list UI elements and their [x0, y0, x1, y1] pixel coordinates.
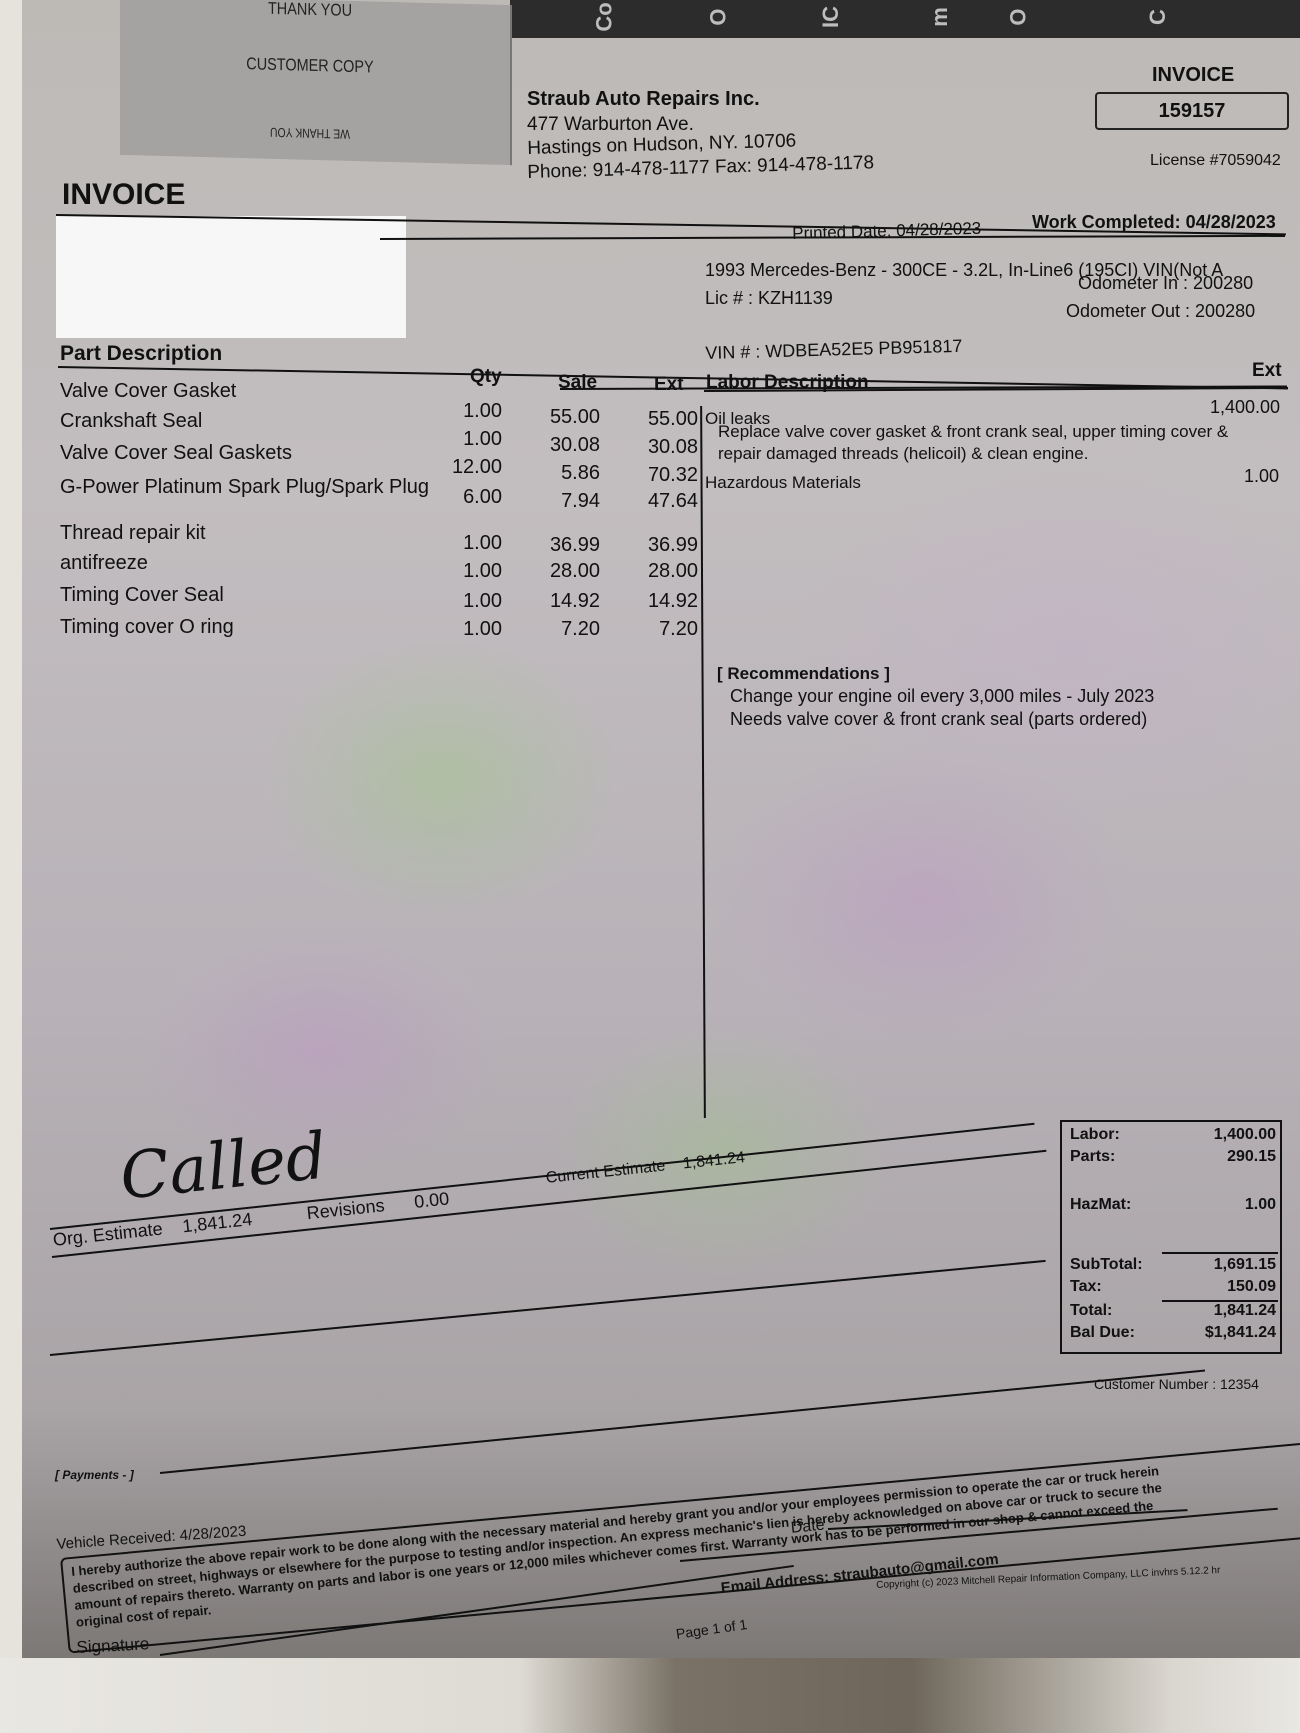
part-ext: 28.00: [648, 560, 698, 583]
parts-value: 290.15: [1227, 1148, 1276, 1166]
bal-due-label: Bal Due:: [1070, 1324, 1135, 1342]
part-sale: 14.92: [550, 590, 600, 613]
strip-text: C: [1145, 9, 1171, 25]
part-qty: 1.00: [463, 590, 502, 613]
table-surface: [0, 1658, 1300, 1733]
strip-text: Co: [592, 2, 618, 31]
totals-row-parts: Parts: 290.15: [1070, 1148, 1276, 1168]
table-row: Thread repair kit 1.00 36.99 36.99: [60, 522, 700, 550]
tax-value: 150.09: [1227, 1278, 1276, 1296]
part-description: G-Power Platinum Spark Plug/Spark Plug: [60, 476, 430, 498]
part-description: Valve Cover Gasket: [60, 380, 430, 402]
part-ext: 7.20: [659, 618, 698, 641]
signature-label: Signature: [76, 1634, 150, 1658]
part-description: Valve Cover Seal Gaskets: [60, 442, 430, 464]
hazmat-value: 1.00: [1245, 1196, 1276, 1214]
receipt-upside-down-text: WE THANK YOU: [230, 124, 390, 143]
part-description: Timing Cover Seal: [60, 584, 430, 606]
recommendation-item: Needs valve cover & front crank seal (pa…: [730, 709, 1147, 730]
receipt-thank-you: THANK YOU: [225, 0, 395, 22]
revisions-value: 0.00: [413, 1188, 450, 1212]
strip-text: m: [927, 7, 953, 27]
table-row: Timing Cover Seal 1.00 14.92 14.92: [60, 584, 700, 612]
redacted-customer-info: [56, 216, 406, 338]
labor-header-description: Labor Description: [706, 372, 869, 394]
totals-row-hazmat: HazMat: 1.00: [1070, 1196, 1276, 1216]
receipt-customer-copy: CUSTOMER COPY: [225, 54, 395, 78]
labor-item-title: Hazardous Materials: [705, 473, 861, 493]
receipt-envelope: THANK YOU CUSTOMER COPY WE THANK YOU: [120, 0, 512, 165]
tax-label: Tax:: [1070, 1278, 1102, 1296]
odometer-in: Odometer In : 200280: [1078, 273, 1253, 294]
totals-row-subtotal: SubTotal: 1,691.15: [1070, 1256, 1276, 1276]
background-object: Co O IC m O C: [510, 0, 1300, 38]
totals-row-bal-due: Bal Due: $1,841.24: [1070, 1324, 1276, 1344]
table-row: G-Power Platinum Spark Plug/Spark Plug 6…: [60, 476, 700, 504]
table-row: Timing cover O ring 1.00 7.20 7.20: [60, 616, 700, 644]
part-sale: 7.94: [561, 490, 600, 513]
license-number: License #7059042: [1150, 152, 1281, 170]
shop-name: Straub Auto Repairs Inc.: [527, 88, 760, 111]
labor-item-ext: 1,400.00: [1210, 397, 1280, 418]
part-description: Thread repair kit: [60, 522, 430, 544]
divider: [1162, 1252, 1278, 1254]
totals-box: Labor: 1,400.00 Parts: 290.15 HazMat: 1.…: [1060, 1120, 1282, 1354]
table-row: Valve Cover Seal Gaskets 12.00 5.86 70.3…: [60, 442, 700, 470]
part-qty: 1.00: [463, 618, 502, 641]
recommendation-item: Change your engine oil every 3,000 miles…: [730, 686, 1154, 707]
part-ext: 47.64: [648, 490, 698, 513]
total-label: Total:: [1070, 1302, 1112, 1320]
part-qty: 1.00: [463, 560, 502, 583]
labor-value: 1,400.00: [1214, 1126, 1276, 1144]
strip-text: IC: [818, 6, 844, 28]
date-label: Date: [790, 1516, 825, 1537]
payments-label: [ Payments - ]: [55, 1468, 134, 1482]
labor-header-ext: Ext: [1252, 360, 1282, 382]
strip-text: O: [706, 8, 732, 25]
vehicle-license-plate: Lic # : KZH1139: [705, 288, 833, 309]
totals-row-tax: Tax: 150.09: [1070, 1278, 1276, 1298]
recommendations-title: [ Recommendations ]: [717, 664, 890, 684]
invoice-label: INVOICE: [1152, 64, 1234, 87]
totals-row-labor: Labor: 1,400.00: [1070, 1126, 1276, 1146]
subtotal-label: SubTotal:: [1070, 1256, 1143, 1274]
parts-label: Parts:: [1070, 1148, 1115, 1166]
part-ext: 14.92: [648, 590, 698, 613]
parts-header-description: Part Description: [60, 342, 222, 366]
table-row: antifreeze 1.00 28.00 28.00: [60, 552, 700, 580]
table-row: Valve Cover Gasket 1.00 55.00 55.00: [60, 380, 700, 408]
part-description: antifreeze: [60, 552, 430, 574]
labor-item-detail: repair damaged threads (helicoil) & clea…: [718, 444, 1088, 464]
labor-item-detail: Replace valve cover gasket & front crank…: [718, 422, 1228, 442]
hazmat-label: HazMat:: [1070, 1196, 1131, 1214]
part-sale: 7.20: [561, 618, 600, 641]
shop-address: 477 Warburton Ave.: [527, 114, 694, 136]
total-value: 1,841.24: [1214, 1302, 1276, 1320]
labor-label: Labor:: [1070, 1126, 1120, 1144]
part-description: Timing cover O ring: [60, 616, 430, 638]
table-row: Crankshaft Seal 1.00 30.08 30.08: [60, 410, 700, 438]
bal-due-value: $1,841.24: [1205, 1324, 1276, 1342]
document-title: INVOICE: [62, 178, 185, 212]
part-description: Crankshaft Seal: [60, 410, 430, 432]
part-sale: 28.00: [550, 560, 600, 583]
totals-row-total: Total: 1,841.24: [1070, 1302, 1276, 1322]
part-qty: 6.00: [463, 486, 502, 509]
strip-text: O: [1006, 8, 1032, 25]
invoice-number: 159157: [1095, 92, 1289, 130]
odometer-out: Odometer Out : 200280: [1066, 301, 1255, 322]
subtotal-value: 1,691.15: [1214, 1256, 1276, 1274]
labor-item-ext: 1.00: [1244, 466, 1279, 487]
